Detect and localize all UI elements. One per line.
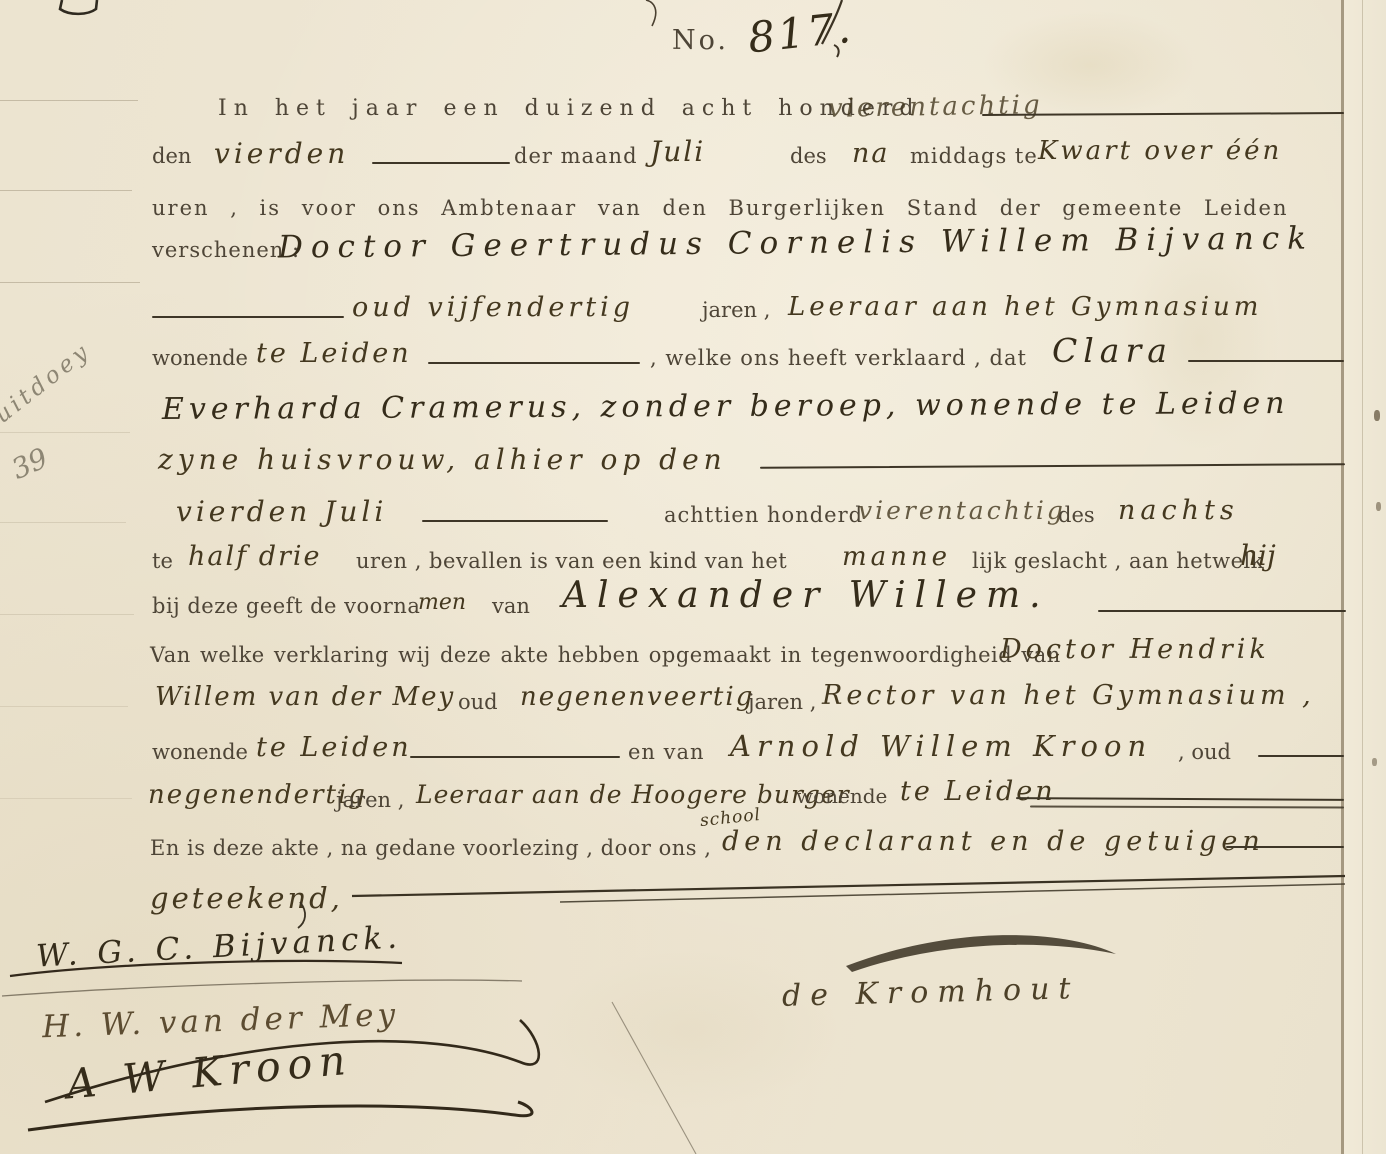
cutoff-stroke-above-number — [646, 0, 656, 26]
geteekend-comma-flourish — [298, 902, 305, 928]
signature-hairline — [612, 1002, 696, 1154]
signature-registrar-flourish — [846, 935, 1116, 972]
signature-declarant-underline-2 — [2, 980, 522, 996]
geteekend-rule — [352, 876, 1345, 896]
geteekend-rule-2 — [560, 884, 1345, 902]
ink-flourish-layer — [0, 0, 1386, 1154]
cutoff-stroke-top-left — [60, 0, 97, 14]
cutoff-comma-top-right — [834, 45, 839, 57]
cutoff-stroke-top-right — [822, 0, 842, 44]
signature-witness2-sweep — [45, 1020, 539, 1102]
signature-declarant-underline — [10, 961, 402, 976]
signature-witness2-underline — [28, 1102, 532, 1130]
birth-record-page: uitdoey 39 No. 817. In het jaar een duiz… — [0, 0, 1386, 1154]
